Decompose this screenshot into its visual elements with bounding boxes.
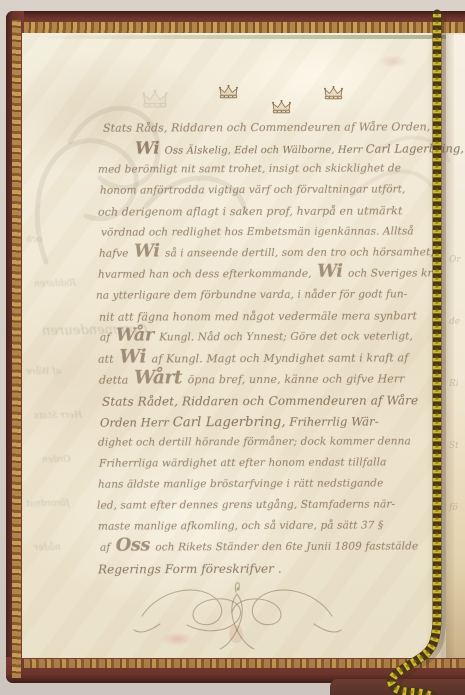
manuscript-line: Friherrliga wärdighet att efter honom en… <box>99 456 386 469</box>
manuscript-line: att Wi af Kungl. Magt och Myndighet samt… <box>98 351 408 365</box>
manuscript-line: vördnad och redlighet hos Embetsmän igen… <box>101 225 414 238</box>
manuscript-line-text: af <box>100 332 114 344</box>
manuscript-monogram: Wi <box>117 345 148 367</box>
manuscript-line: Wi Oss Älskelig, Edel och Wälborne, Herr… <box>133 141 464 156</box>
manuscript-line-text: vördnad och redlighet hos Embetsmän igen… <box>101 225 414 238</box>
manuscript-line-text: Oss Älskelig, Edel och Wälborne, Herr <box>161 145 366 157</box>
manuscript-monogram: Wi <box>133 139 161 159</box>
manuscript-line-text: och Rikets Ständer den 6te Junii 1809 fa… <box>152 540 418 553</box>
manuscript-line: och derigenom aflagt i saken prof, hvarp… <box>98 204 403 218</box>
manuscript-line-text: honom anförtrodda vigtiga värf och förva… <box>100 183 406 196</box>
manuscript-line: af Oss och Rikets Ständer den 6te Junii … <box>100 540 418 553</box>
manuscript-line: Regerings Form föreskrifver . <box>98 562 282 577</box>
manuscript-line: na ytterligare dem förbundne varda, i nå… <box>96 288 407 301</box>
manuscript-monogram: Wårt <box>132 366 184 388</box>
manuscript-line: dighet och dertill hörande förmåner; doc… <box>98 435 411 448</box>
manuscript-line: Stats Rådet, Riddaren och Commendeuren a… <box>102 393 418 408</box>
manuscript-line: maste manlige afkomling, och så vidare, … <box>98 519 383 532</box>
manuscript-monogram: Oss <box>114 534 152 555</box>
manuscript-line-text: öpna bref, unne, känne och gifve Herr <box>184 372 405 386</box>
manuscript-monogram: Carl Lagerbring, <box>173 415 286 430</box>
manuscript-line-text: led, samt efter dennes grens utgång, Sta… <box>97 498 395 511</box>
manuscript-line-text: na ytterligare dem förbundne varda, i nå… <box>96 288 407 301</box>
manuscript-line: honom anförtrodda vigtiga värf och förva… <box>100 183 406 196</box>
manuscript-line: detta Wårt öpna bref, unne, känne och gi… <box>99 372 405 386</box>
manuscript-line: hafve Wi så i anseende dertill, som den … <box>99 246 434 259</box>
manuscript-line-text: detta <box>99 374 132 387</box>
manuscript-line-text: så i anseende dertill, som den tro och h… <box>161 246 433 259</box>
manuscript-line: af Wår Kungl. Nåd och Ynnest; Göre det o… <box>100 330 413 343</box>
manuscript-line: Orden Herr Carl Lagerbring, Friherrlig W… <box>100 414 379 430</box>
manuscript-line-text: Regerings Form föreskrifver . <box>98 562 282 577</box>
manuscript-line: Stats Råds, Riddaren och Commendeuren af… <box>103 120 430 134</box>
manuscript-line: hans äldste manlige bröstarfvinge i rätt… <box>98 477 383 490</box>
manuscript-line-text: af <box>100 542 114 554</box>
manuscript-line-text: och derigenom aflagt i saken prof, hvarp… <box>98 204 403 218</box>
manuscript-line-text: Kungl. Nåd och Ynnest; Göre det ock vete… <box>156 330 413 343</box>
manuscript-line-text: Stats Råds, Riddaren och Commendeuren af… <box>103 120 430 134</box>
manuscript-line: led, samt efter dennes grens utgång, Sta… <box>97 498 395 511</box>
manuscript-line-text: och Sveriges kro- <box>345 267 443 279</box>
manuscript-monogram: Wår <box>114 324 156 345</box>
manuscript-line-text: dighet och dertill hörande förmåner; doc… <box>98 435 411 448</box>
manuscript-line-text: Stats Rådet, Riddaren och Commendeuren a… <box>102 393 418 408</box>
manuscript-line-text: hvarmed han och dess efterkommande, <box>98 268 315 281</box>
manuscript-monogram: Wi <box>315 261 345 282</box>
manuscript-line-text: hans äldste manlige bröstarfvinge i rätt… <box>98 477 383 490</box>
manuscript-line-text: maste manlige afkomling, och så vidare, … <box>98 519 383 532</box>
manuscript-line-text: Orden Herr <box>100 415 173 429</box>
manuscript-line-text: att <box>98 353 117 366</box>
manuscript-line-text: med berömligt nit samt trohet, insigt oc… <box>98 162 401 175</box>
manuscript-line: nit att fägna honom med något vedermäle … <box>99 309 417 323</box>
manuscript-line-text: Friherrlig Wär- <box>286 414 379 428</box>
manuscript-line-text: af Kungl. Magt och Myndighet samt i kraf… <box>148 351 408 365</box>
manuscript-monogram: Wi <box>132 240 162 261</box>
manuscript-line: med berömligt nit samt trohet, insigt oc… <box>98 162 401 175</box>
manuscript-monogram: Carl Lagerbring, <box>366 141 464 155</box>
manuscript-line-text: nit att fägna honom med något vedermäle … <box>99 309 417 323</box>
manuscript-text: Stats Råds, Riddaren och Commendeuren af… <box>0 0 465 695</box>
manuscript-line-text: Friherrliga wärdighet att efter honom en… <box>99 456 386 469</box>
manuscript-line-text: hafve <box>99 248 132 260</box>
manuscript-line: hvarmed han och dess efterkommande, Wi o… <box>98 267 443 281</box>
photograph-of-document: Stats Råds, Riddaren och Commendeuren af… <box>0 0 465 695</box>
